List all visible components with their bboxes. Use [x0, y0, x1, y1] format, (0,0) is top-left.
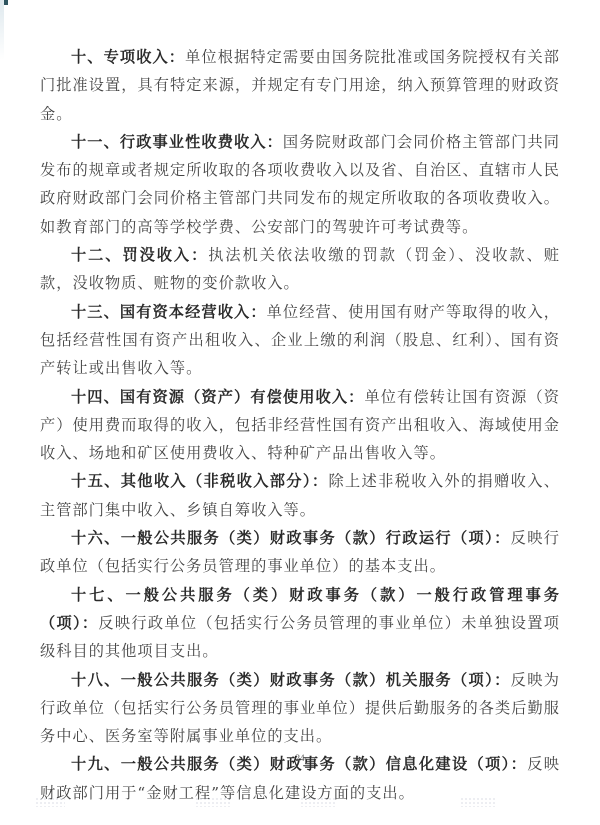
paragraph-general-admin-affairs: 十七、一般公共服务（类）财政事务（款）一般行政管理事务（项）：反映行政单位（包括…: [40, 581, 560, 666]
page-number: 24: [0, 753, 600, 763]
paragraph-heading: 十一、行政事业性收费收入：: [71, 133, 283, 151]
paragraph-other-income: 十五、其他收入（非税收入部分）：除上述非税收入外的捐赠收入、主管部门集中收入、乡…: [40, 467, 560, 524]
paragraph-heading: 十四、国有资源（资产）有偿使用收入：: [71, 388, 364, 406]
paragraph-state-capital-income: 十三、国有资本经营收入：单位经营、使用国有财产等取得的收入，包括经营性国有资产出…: [40, 298, 560, 383]
paragraph-fines-confiscation-income: 十二、罚没收入：执法机关依法收缴的罚款（罚金）、没收款、赃款，没收物质、赃物的变…: [40, 241, 560, 298]
paragraph-text: 反映行政单位（包括实行公务员管理的事业单位）未单独设置项级科目的其他项目支出。: [40, 614, 560, 660]
paragraph-special-income: 十、专项收入：单位根据特定需要由国务院批准或国务院授权有关部门批准设置，具有特定…: [40, 43, 560, 128]
scan-bleed-mark: [195, 797, 230, 807]
scan-edge-tint: [0, 0, 4, 60]
paragraph-heading: 十六、一般公共服务（类）财政事务（款）行政运行（项）：: [71, 529, 511, 547]
scan-bleed-mark: [300, 797, 335, 807]
paragraph-admin-operation: 十六、一般公共服务（类）财政事务（款）行政运行（项）：反映行政单位（包括实行公务…: [40, 524, 560, 581]
paragraph-heading: 十八、一般公共服务（类）财政事务（款）机关服务（项）：: [71, 671, 511, 689]
paragraph-administrative-fee-income: 十一、行政事业性收费收入：国务院财政部门会同价格主管部门共同发布的规章或者规定所…: [40, 128, 560, 241]
paragraph-heading: 十、专项收入：: [71, 48, 185, 66]
scan-bleed-mark: [460, 797, 495, 807]
paragraph-agency-services: 十八、一般公共服务（类）财政事务（款）机关服务（项）：反映为行政单位（包括实行公…: [40, 666, 560, 751]
paragraph-heading: 十三、国有资本经营收入：: [71, 303, 267, 321]
scan-bleed-mark: [35, 797, 65, 807]
paragraph-heading: 十五、其他收入（非税收入部分）：: [71, 472, 328, 490]
paragraph-heading: 十二、罚没收入：: [71, 246, 208, 264]
paragraph-state-resource-income: 十四、国有资源（资产）有偿使用收入：单位有偿转让国有资源（资产）使用费而取得的收…: [40, 383, 560, 468]
document-page: 十、专项收入：单位根据特定需要由国务院批准或国务院授权有关部门批准设置，具有特定…: [40, 43, 560, 807]
